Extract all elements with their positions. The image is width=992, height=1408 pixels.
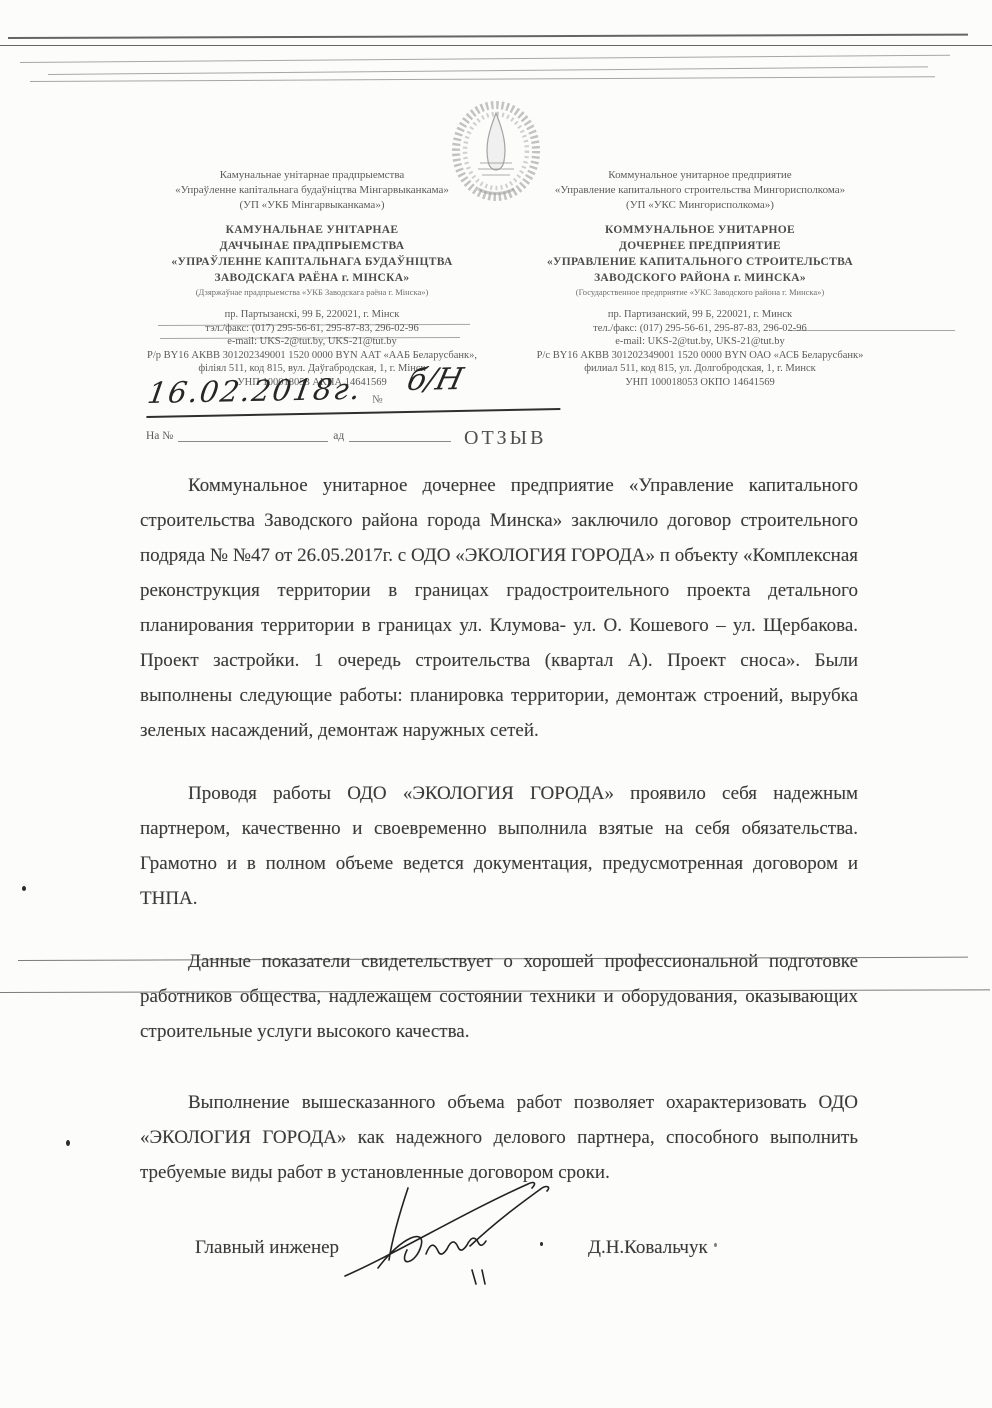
address-line: Р/р BY16 АКВВ 301202349001 1520 0000 BYN… [138, 349, 486, 363]
signature-block: Главный инженер Д.Н.Ковальчук [140, 1204, 858, 1324]
scanned-letter-page: Камунальнае унітарнае прадпрыемства «Упр… [0, 0, 992, 1408]
blank-line [349, 429, 451, 442]
address-line: тэл./факс: (017) 295-56-61, 295-87-83, 2… [138, 322, 486, 336]
letterhead-right-column: Коммунальное унитарное предприятие «Упра… [512, 168, 888, 389]
handwritten-number: б/Н [404, 362, 467, 398]
org-caps-line: ЗАВОДСКАГА РАЁНА г. МІНСКА» [138, 270, 486, 286]
org-name-line: (УП «УКБ Мінгарвыканкама») [138, 198, 486, 213]
scan-speck [22, 886, 26, 891]
scan-speck [66, 1140, 70, 1146]
reference-from-label: ад [333, 430, 344, 442]
address-line: e-mail: UKS-2@tut.by, UKS-21@tut.by [138, 335, 486, 349]
scan-artifact-line [0, 45, 992, 46]
org-note-line: (Дзяржаўнае прадпрыемства «УКБ Заводскаг… [138, 287, 486, 298]
org-name-line: «Управление капитального строительства М… [512, 183, 888, 198]
org-note-line: (Государственное предприятие «УКС Заводс… [512, 287, 888, 298]
reference-row: На №ад [146, 429, 456, 442]
org-caps-line: КАМУНАЛЬНАЕ УНІТАРНАЕ [138, 222, 486, 238]
org-caps-line: ЗАВОДСКОГО РАЙОНА г. МИНСКА» [512, 270, 888, 286]
scan-artifact-line [8, 34, 968, 39]
org-name-line: Камунальнае унітарнае прадпрыемства [138, 168, 486, 183]
address-line: e-mail: UKS-2@tut.by, UKS-21@tut.by [512, 335, 888, 349]
scan-artifact-line [48, 66, 928, 75]
org-caps-line: ДОЧЕРНЕЕ ПРЕДПРИЯТИЕ [512, 238, 888, 254]
org-caps-line: «УПРАЎЛЕННЕ КАПІТАЛЬНАГА БУДАЎНІЦТВА [138, 254, 486, 270]
org-caps-line: «УПРАВЛЕНИЕ КАПИТАЛЬНОГО СТРОИТЕЛЬСТВА [512, 254, 888, 270]
registration-row: 16.02.2018г. № б/Н [146, 366, 561, 418]
address-line: тел./факс: (017) 295-56-61, 295-87-83, 2… [512, 322, 888, 336]
signer-position: Главный инженер [195, 1230, 339, 1265]
blank-line [178, 429, 328, 442]
org-name-line: «Упраўленне капітальнага будаўніцтва Мін… [138, 183, 486, 198]
letter-body: Коммунальное унитарное дочернее предприя… [140, 468, 858, 1324]
body-paragraph: Коммунальное унитарное дочернее предприя… [140, 468, 858, 748]
org-name-line: (УП «УКС Мингорисполкома») [512, 198, 888, 213]
signer-name: Д.Н.Ковальчук [588, 1230, 708, 1265]
scan-artifact-line [20, 55, 950, 63]
reference-label: На № [146, 430, 173, 442]
org-name-line: Коммунальное унитарное предприятие [512, 168, 888, 183]
body-paragraph: Проводя работы ОДО «ЭКОЛОГИЯ ГОРОДА» про… [140, 776, 858, 916]
handwritten-date: 16.02.2018г. [145, 372, 364, 410]
body-paragraph-wrapper: Данные показатели свидетельствует о хоро… [140, 944, 858, 1049]
letterhead-left-column: Камунальнае унітарнае прадпрыемства «Упр… [138, 168, 486, 389]
address-line: филиал 511, код 815, ул. Долгобродская, … [512, 362, 888, 376]
document-title: ОТЗЫВ [464, 427, 546, 450]
address-line: пр. Партызанскі, 99 Б, 220021, г. Мінск [138, 308, 486, 322]
org-caps-line: КОММУНАЛЬНОЕ УНИТАРНОЕ [512, 222, 888, 238]
scan-artifact-line [30, 76, 935, 82]
scan-speck [540, 1242, 543, 1246]
org-caps-line: ДАЧЧЫНАЕ ПРАДПРЫЕМСТВА [138, 238, 486, 254]
number-label: № [372, 393, 383, 405]
address-line: УНП 100018053 ОКПО 14641569 [512, 376, 888, 390]
address-line: пр. Партизанский, 99 Б, 220021, г. Минск [512, 308, 888, 322]
address-line: Р/с BY16 АКВВ 301202349001 1520 0000 BYN… [512, 349, 888, 363]
scan-speck [714, 1243, 717, 1247]
handwritten-signature-icon [340, 1170, 575, 1292]
